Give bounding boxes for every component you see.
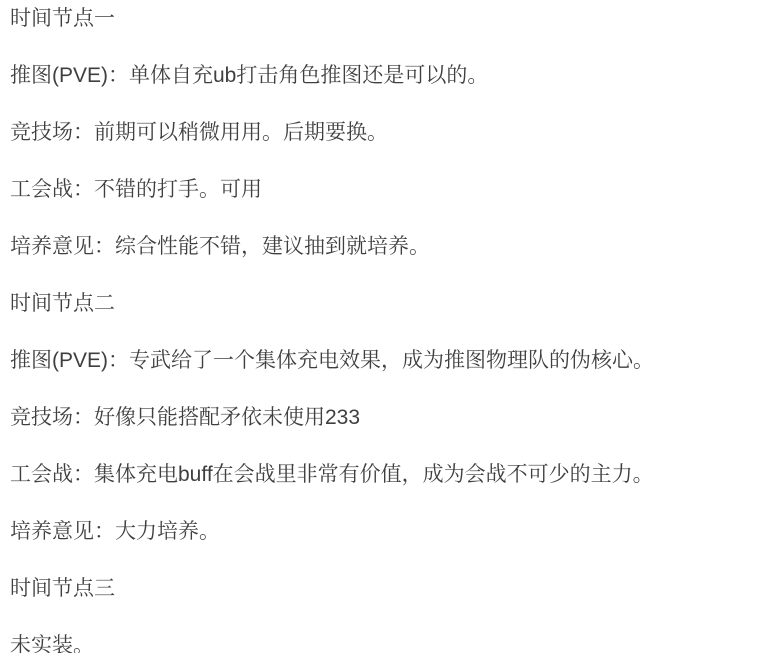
clan-battle-review-line: 工会战：不错的打手。可用 <box>10 179 769 200</box>
training-advice-line: 培养意见：大力培养。 <box>10 521 769 542</box>
not-implemented-line: 未实装。 <box>10 635 769 653</box>
section-timeline-2: 时间节点二 推图(PVE)：专武给了一个集体充电效果，成为推图物理队的伪核心。 … <box>10 293 769 542</box>
pve-review-line: 推图(PVE)：专武给了一个集体充电效果，成为推图物理队的伪核心。 <box>10 350 769 371</box>
section-heading: 时间节点二 <box>10 293 769 314</box>
section-timeline-1: 时间节点一 推图(PVE)：单体自充ub打击角色推图还是可以的。 竞技场：前期可… <box>10 8 769 257</box>
training-advice-line: 培养意见：综合性能不错，建议抽到就培养。 <box>10 236 769 257</box>
section-heading: 时间节点三 <box>10 578 769 599</box>
clan-battle-review-line: 工会战：集体充电buff在会战里非常有价值，成为会战不可少的主力。 <box>10 464 769 485</box>
section-timeline-3: 时间节点三 未实装。 <box>10 578 769 653</box>
article-body: 时间节点一 推图(PVE)：单体自充ub打击角色推图还是可以的。 竞技场：前期可… <box>0 0 779 653</box>
pve-review-line: 推图(PVE)：单体自充ub打击角色推图还是可以的。 <box>10 65 769 86</box>
section-heading: 时间节点一 <box>10 8 769 29</box>
arena-review-line: 竞技场：前期可以稍微用用。后期要换。 <box>10 122 769 143</box>
arena-review-line: 竞技场：好像只能搭配矛依未使用233 <box>10 407 769 428</box>
